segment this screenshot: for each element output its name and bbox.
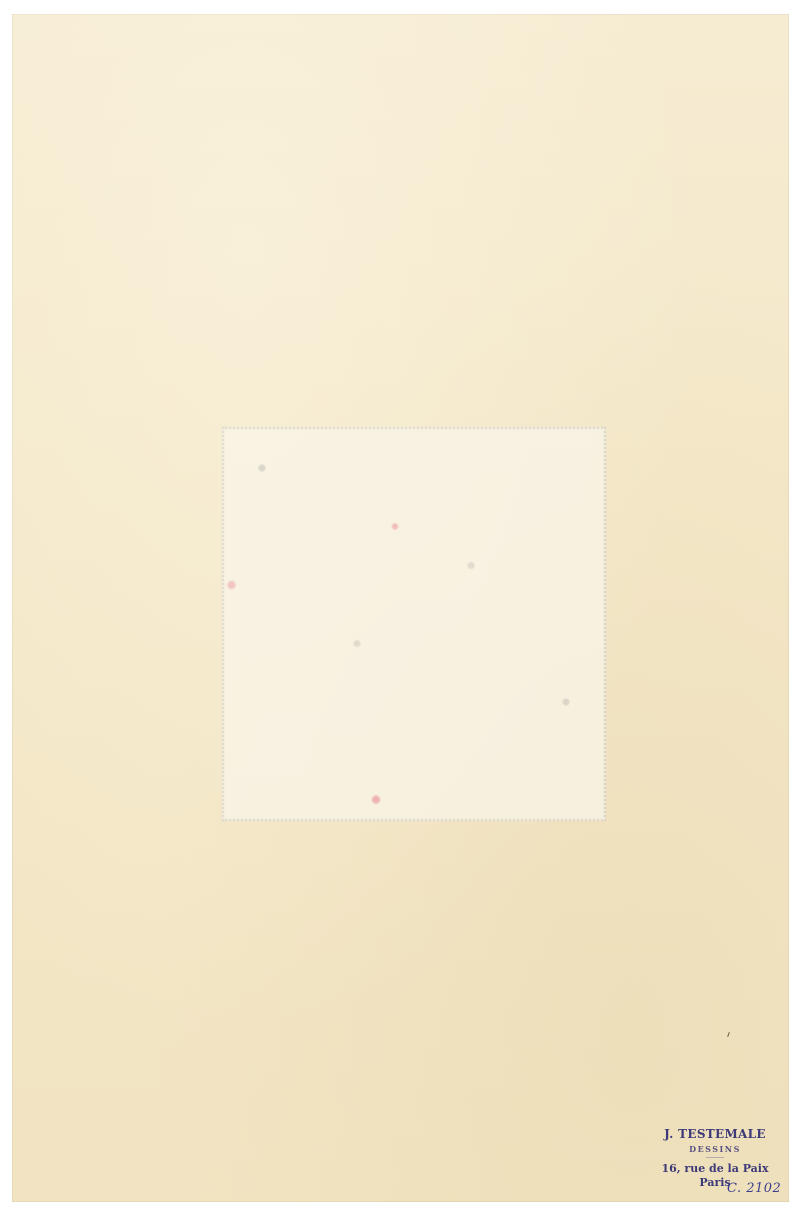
paper-blemish [727, 1032, 730, 1037]
stamp-divider [706, 1157, 724, 1158]
stamp-subtitle: DESSINS [640, 1144, 790, 1154]
stamp-name: J. TESTEMALE [640, 1127, 790, 1141]
inventory-number: C. 2102 [727, 1181, 781, 1196]
stamp-address: 16, rue de la Paix [640, 1162, 790, 1175]
paper-sheet: J. TESTEMALE DESSINS 16, rue de la Paix … [12, 14, 789, 1202]
dealer-stamp: J. TESTEMALE DESSINS 16, rue de la Paix … [640, 1127, 790, 1189]
offset-impression [222, 427, 606, 821]
